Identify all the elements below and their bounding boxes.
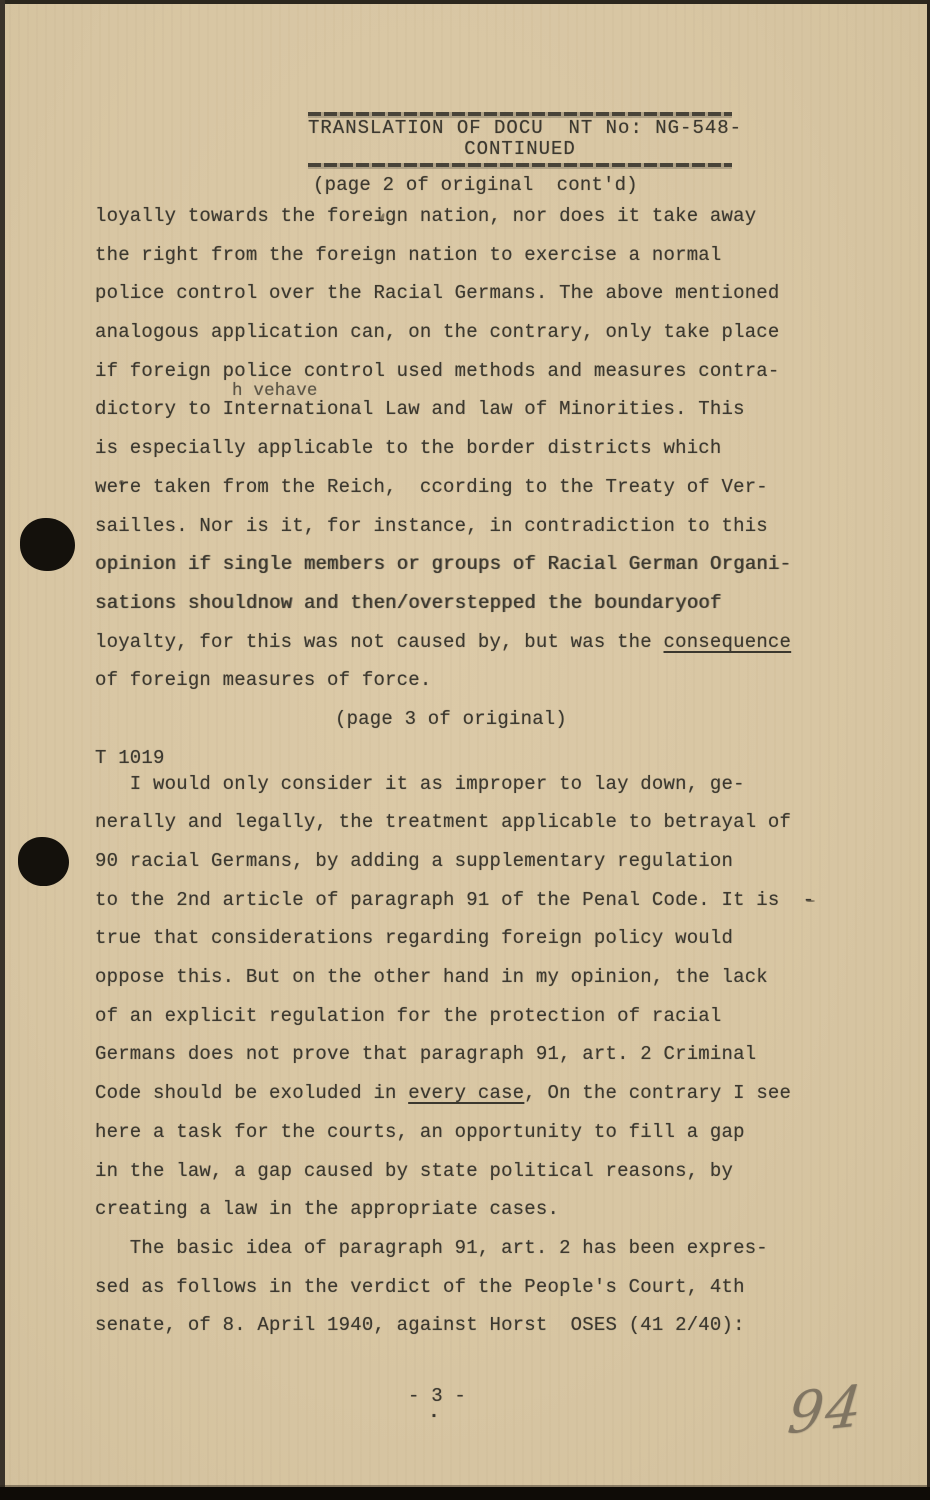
text-segment: , On the contrary I see (524, 1082, 791, 1104)
text-segment: Germans does not prove that paragraph 91… (95, 1043, 756, 1065)
text-segment: were taken from the Reich, ccording to t… (95, 476, 768, 498)
text-line: of foreign measures of force. (95, 669, 807, 708)
text-segment: dictory to International Law and law of … (95, 398, 745, 420)
underlined-text: every case (408, 1082, 524, 1104)
header-rule-top (308, 112, 732, 116)
text-segment: opinion if single members or groups of R… (95, 553, 791, 575)
header-rule-bottom (308, 163, 732, 167)
punch-hole-bottom (18, 837, 69, 886)
subheader-page-note: (page 2 of original cont'd) (313, 174, 638, 196)
document-header: TRANSLATION OF DOCU NT No: NG-548- CONTI… (308, 112, 732, 167)
text-segment: police control over the Racial Germans. … (95, 282, 780, 304)
text-line: is especially applicable to the border d… (95, 437, 807, 476)
text-line: opinion if single members or groups of R… (95, 553, 807, 592)
text-segment: true that considerations regarding forei… (95, 927, 733, 949)
text-segment: loyally towards the foreign nation, nor … (95, 205, 756, 227)
text-line: of an explicit regulation for the protec… (95, 1005, 807, 1044)
text-line: creating a law in the appropriate cases. (95, 1198, 807, 1237)
text-line: The basic idea of paragraph 91, art. 2 h… (95, 1237, 807, 1276)
text-line: nerally and legally, the treatment appli… (95, 811, 807, 850)
text-segment: of foreign measures of force. (95, 669, 431, 691)
text-segment: T 1019 (95, 747, 165, 769)
text-line: sations shouldnow and then/overstepped t… (95, 592, 807, 631)
text-segment: the right from the foreign nation to exe… (95, 244, 722, 266)
text-line: true that considerations regarding forei… (95, 927, 807, 966)
text-segment: sations shouldnow and then/overstepped t… (95, 592, 722, 614)
text-segment: is especially applicable to the border d… (95, 437, 722, 459)
text-segment: if foreign police control used methods a… (95, 360, 780, 382)
text-segment: oppose this. But on the other hand in my… (95, 966, 768, 988)
text-segment: analogous application can, on the contra… (95, 321, 780, 343)
text-line: if foreign police control used methods a… (95, 360, 807, 399)
text-line: oppose this. But on the other hand in my… (95, 966, 807, 1005)
text-segment: I would only consider it as improper to … (95, 773, 745, 795)
text-segment: (page 3 of original) (335, 708, 567, 730)
text-line: 90 racial Germans, by adding a supplemen… (95, 850, 807, 889)
text-line: to the 2nd article of paragraph 91 of th… (95, 889, 807, 928)
interlinear-insertion: h vehave (232, 381, 318, 401)
text-segment: The basic idea of paragraph 91, art. 2 h… (95, 1237, 768, 1259)
scan-edge-top (0, 0, 930, 4)
text-line: analogous application can, on the contra… (95, 321, 807, 360)
text-segment: senate, of 8. April 1940, against Horst … (95, 1314, 745, 1336)
text-segment: creating a law in the appropriate cases. (95, 1198, 559, 1220)
document-page: TRANSLATION OF DOCU NT No: NG-548- CONTI… (0, 0, 930, 1500)
text-line: here a task for the courts, an opportuni… (95, 1121, 807, 1160)
text-line: sailles. Nor is it, for instance, in con… (95, 515, 807, 554)
body-text: loyally towards the foreign nation, nor … (95, 205, 807, 1353)
text-segment: of an explicit regulation for the protec… (95, 1005, 722, 1027)
page-footer: - 3 - . (408, 1385, 466, 1423)
text-line: dictory to International Law and law of … (95, 398, 807, 437)
underlined-text: consequence (664, 631, 792, 653)
text-line: loyalty, for this was not caused by, but… (95, 631, 807, 670)
text-segment: loyalty, for this was not caused by, but… (95, 631, 664, 653)
text-line: in the law, a gap caused by state politi… (95, 1160, 807, 1199)
text-segment: sed as follows in the verdict of the Peo… (95, 1276, 745, 1298)
text-line: Code should be exoluded in every case, O… (95, 1082, 807, 1121)
text-line: loyally towards the foreign nation, nor … (95, 205, 807, 244)
handwritten-page-number: 94 (785, 1374, 867, 1448)
text-segment: nerally and legally, the treatment appli… (95, 811, 791, 833)
text-segment: 90 racial Germans, by adding a supplemen… (95, 850, 733, 872)
text-line: T 1019 (95, 747, 807, 773)
header-title: TRANSLATION OF DOCU NT No: NG-548- (308, 118, 732, 139)
text-segment: sailles. Nor is it, for instance, in con… (95, 515, 768, 537)
text-line: Germans does not prove that paragraph 91… (95, 1043, 807, 1082)
header-continued: CONTINUED (308, 139, 732, 160)
text-line: senate, of 8. April 1940, against Horst … (95, 1314, 807, 1353)
text-segment: in the law, a gap caused by state politi… (95, 1160, 733, 1182)
text-segment: to the 2nd article of paragraph 91 of th… (95, 889, 814, 911)
text-line: the right from the foreign nation to exe… (95, 244, 807, 283)
text-line: I would only consider it as improper to … (95, 773, 807, 812)
scan-edge-bottom (0, 1487, 930, 1500)
text-segment: Code should be exoluded in (95, 1082, 408, 1104)
text-line: sed as follows in the verdict of the Peo… (95, 1276, 807, 1315)
text-segment: here a task for the courts, an opportuni… (95, 1121, 745, 1143)
text-line: (page 3 of original) (95, 708, 807, 747)
text-line: police control over the Racial Germans. … (95, 282, 807, 321)
text-line: were taken from the Reich, ccording to t… (95, 476, 807, 515)
punch-hole-top (20, 518, 75, 571)
scan-edge-left (0, 0, 5, 1500)
